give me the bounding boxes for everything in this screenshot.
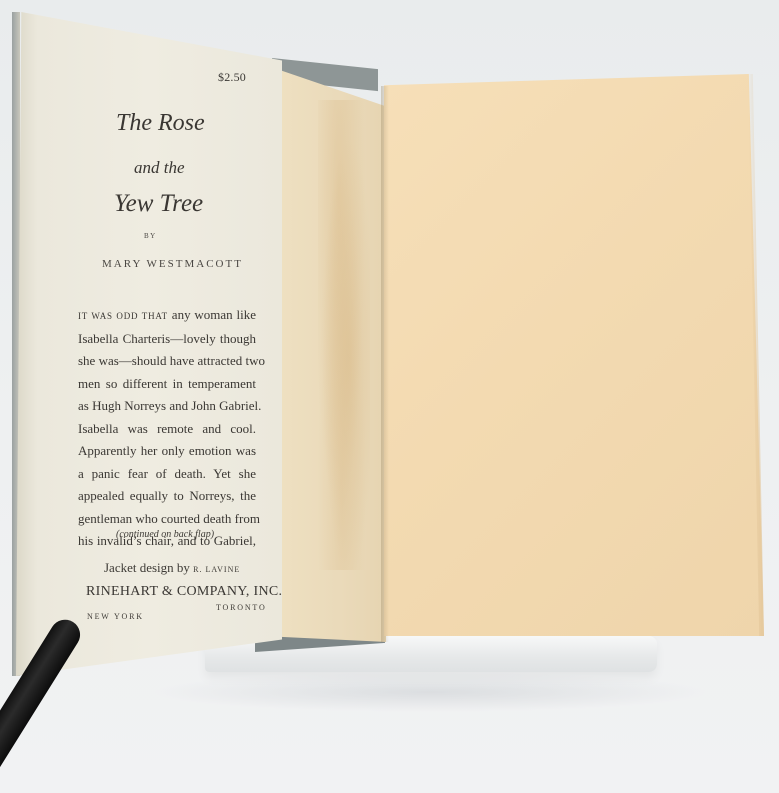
publisher-city-toronto: TORONTO bbox=[216, 603, 267, 612]
book-photo-scene: $2.50 The Rose and the Yew Tree BY MARY … bbox=[0, 0, 779, 793]
price: $2.50 bbox=[218, 70, 246, 85]
author-name: MARY WESTMACOTT bbox=[102, 258, 243, 270]
flap-text: $2.50 The Rose and the Yew Tree BY MARY … bbox=[16, 12, 282, 676]
blurb-line: IT WAS ODD THAT any woman like bbox=[78, 304, 256, 328]
stand-shadow bbox=[150, 672, 710, 712]
blurb-line: she was—should have attracted two bbox=[78, 350, 256, 373]
blurb-line: men so different in temperament bbox=[78, 373, 256, 396]
by-label: BY bbox=[144, 232, 157, 240]
blurb-lead: IT WAS ODD THAT bbox=[78, 311, 168, 321]
jacket-designer: R. LAVINE bbox=[193, 565, 240, 574]
blurb-line: appealed equally to Norreys, the bbox=[78, 485, 256, 508]
blurb-line: Isabella Charteris—lovely though bbox=[78, 328, 256, 351]
jacket-design-credit: Jacket design by R. LAVINE bbox=[104, 560, 240, 576]
title-line-1: The Rose bbox=[116, 110, 205, 137]
endpaper-foxing-stain bbox=[318, 100, 370, 570]
blurb-line: gentleman who courted death from bbox=[78, 508, 256, 531]
dust-jacket-front-flap: $2.50 The Rose and the Yew Tree BY MARY … bbox=[16, 12, 282, 676]
book-gutter bbox=[381, 86, 389, 642]
publisher-city-new-york: NEW YORK bbox=[87, 612, 144, 621]
continued-note: (continued on back flap) bbox=[116, 529, 214, 540]
free-endpaper-right bbox=[384, 74, 764, 636]
blurb-line: a panic fear of death. Yet she bbox=[78, 463, 256, 486]
blurb-line: Apparently her only emotion was bbox=[78, 440, 256, 463]
blurb: IT WAS ODD THAT any woman like Isabella … bbox=[78, 304, 256, 553]
publisher: RINEHART & COMPANY, INC. bbox=[86, 584, 282, 600]
blurb-line: Isabella was remote and cool. bbox=[78, 418, 256, 441]
title-line-2: and the bbox=[134, 158, 185, 178]
title-line-3: Yew Tree bbox=[114, 190, 203, 218]
blurb-line: as Hugh Norreys and John Gabriel. bbox=[78, 395, 256, 418]
